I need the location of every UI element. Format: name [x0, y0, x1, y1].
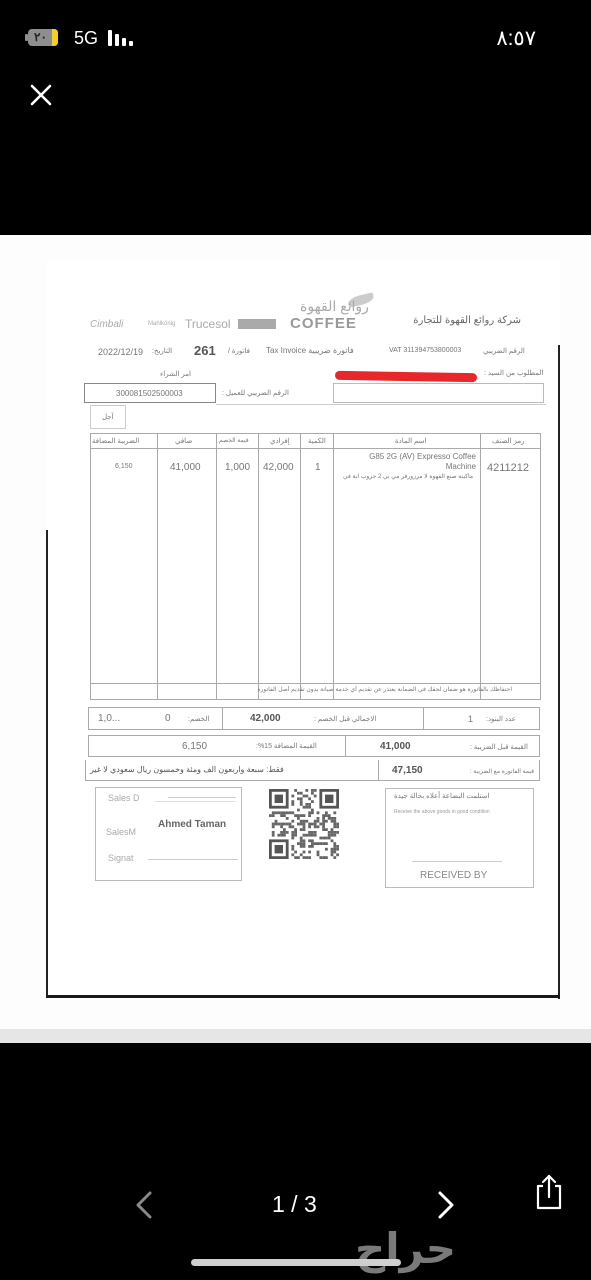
cell-net: 41,000 — [170, 462, 201, 473]
col-rule — [423, 707, 424, 730]
col-rule — [378, 760, 379, 781]
customer-vat-label: الرقم الضريبي للعميل : — [222, 389, 289, 397]
vat-summary-label: القيمة المضافة 15%: — [256, 742, 317, 750]
col-rule — [258, 433, 259, 700]
brand-cimbali: Cimbali — [90, 319, 123, 330]
customer-box — [333, 383, 544, 403]
image-viewer[interactable]: Cimbali Mahlkönig Trucesol روائع القهوة … — [0, 235, 591, 1043]
po-label: امر الشراء — [160, 370, 191, 378]
discount-label: الخصم: — [188, 715, 209, 723]
amount-in-words: فقط: سبعة واربعون الف ومئة وخمسون ريال س… — [90, 765, 284, 774]
brand-trucesol: Trucesol — [185, 317, 231, 331]
col-rule — [300, 433, 301, 700]
items-count-label: عدد البنود: — [486, 715, 516, 723]
close-icon — [26, 80, 56, 110]
status-bar: ٢٠ 5G ٨:٥٧ — [0, 0, 591, 70]
col-rule — [157, 433, 158, 700]
paper-edge-bottom — [46, 995, 560, 998]
received-en-text: Receive the above goods in good conditio… — [394, 809, 490, 815]
cell-name-en: G85 2G (AV) Expresso Coffee Machine — [340, 452, 476, 472]
cell-unit-price: 42,000 — [263, 462, 294, 473]
logo-coffee: COFFEE — [290, 315, 357, 332]
vat-label: الرقم الضريبي — [483, 347, 525, 355]
received-ar-text: استلمت البضاعة أعلاه بحالة جيدة — [394, 792, 490, 800]
chevron-left-icon — [132, 1188, 156, 1222]
col-rule — [480, 433, 481, 700]
items-count: 1 — [468, 714, 473, 724]
value-before-tax-label: القيمة قبل الضريبة : — [470, 743, 528, 751]
next-button[interactable] — [434, 1188, 458, 1222]
received-signature-line — [412, 861, 502, 862]
battery-level: ٢٠ — [34, 30, 47, 44]
date-label: التاريخ: — [152, 347, 172, 355]
qr-code — [269, 789, 339, 859]
col-rule — [216, 433, 217, 700]
invoice-number: 261 — [194, 343, 216, 358]
chevron-right-icon — [434, 1188, 458, 1222]
salesman-name: Ahmed Taman — [158, 819, 226, 830]
cell-vat: 6,150 — [115, 463, 133, 470]
value-before-tax: 41,000 — [380, 741, 411, 752]
col-header-name: اسم المادة — [395, 437, 426, 445]
doc-type: فاتورة ضريبية Tax Invoice — [266, 346, 354, 355]
viewer-bottom-edge — [0, 1029, 591, 1043]
sales-d-label: Sales D — [108, 793, 140, 803]
total-before-discount: 42,000 — [250, 713, 281, 724]
close-button[interactable] — [26, 80, 56, 110]
brand-tag — [238, 319, 276, 329]
clock: ٨:٥٧ — [496, 26, 536, 51]
cell-discount: 1,000 — [225, 462, 250, 473]
customer-label: المطلوب من السيد : — [484, 369, 543, 377]
total-before-discount-label: الاجمالي قبل الخصم : — [314, 715, 376, 723]
cell-qty: 1 — [315, 462, 321, 473]
logo-arabic: روائع القهوة — [300, 298, 369, 315]
table-footer-note: احتفاظك بالفاتورة هو ضمان لحقك في الضمان… — [132, 686, 512, 693]
fine-print — [155, 801, 235, 802]
home-indicator[interactable] — [191, 1259, 401, 1266]
col-rule — [345, 735, 346, 757]
cell-name-ar: ماكينة صنع القهوة لا مرزورفر مي بي 2 جرو… — [340, 473, 476, 481]
col-header-code: رمز الصنف — [492, 437, 524, 445]
paper-edge-right — [558, 345, 560, 999]
prev-button[interactable] — [132, 1188, 156, 1222]
battery-icon: ٢٠ — [28, 29, 58, 46]
paper-edge-left — [46, 530, 48, 998]
share-button[interactable] — [532, 1172, 566, 1212]
invoice-date: 2022/12/19 — [98, 347, 143, 357]
received-by-label: RECEIVED BY — [420, 870, 487, 881]
col-header-vat: الضريبة المضافة — [92, 437, 139, 445]
vat-number: VAT 311394753800003 — [389, 347, 461, 354]
col-header-net: صافي — [175, 437, 192, 445]
dotted-rule — [216, 404, 546, 405]
vat-value: 6,150 — [182, 741, 207, 752]
cell-code: 4211212 — [487, 462, 529, 474]
signature-label: Signat — [108, 853, 134, 863]
invoice-total: 47,150 — [392, 765, 423, 776]
signature-line — [148, 859, 238, 860]
invoice-total-label: قيمة الفاتورة مع الضريبة : — [470, 768, 534, 775]
discount-extra: 1,0... — [98, 713, 120, 724]
customer-vat: 300081502500003 — [116, 389, 183, 398]
salesman-label: SalesM — [106, 827, 136, 837]
payment-term: آجل — [102, 413, 114, 421]
fine-print — [168, 797, 236, 798]
col-header-unit-price: إفرادي — [270, 437, 290, 445]
brand-mahlkonig: Mahlkönig — [148, 321, 175, 327]
col-header-qty: الكمية — [308, 437, 326, 445]
col-rule — [333, 433, 334, 700]
col-rule — [222, 707, 223, 730]
invoice-no-label: فاتورة / — [228, 347, 250, 355]
page-navigation: 1 / 3 — [0, 1180, 591, 1230]
network-type: 5G — [74, 28, 98, 49]
col-header-discount: قيمة الخصم — [219, 437, 249, 444]
company-name: شركة روائع القهوة للتجارة — [413, 315, 521, 326]
share-icon — [532, 1172, 566, 1212]
page-counter: 1 / 3 — [272, 1191, 317, 1218]
discount-value: 0 — [165, 713, 171, 724]
signal-icon — [108, 30, 134, 46]
